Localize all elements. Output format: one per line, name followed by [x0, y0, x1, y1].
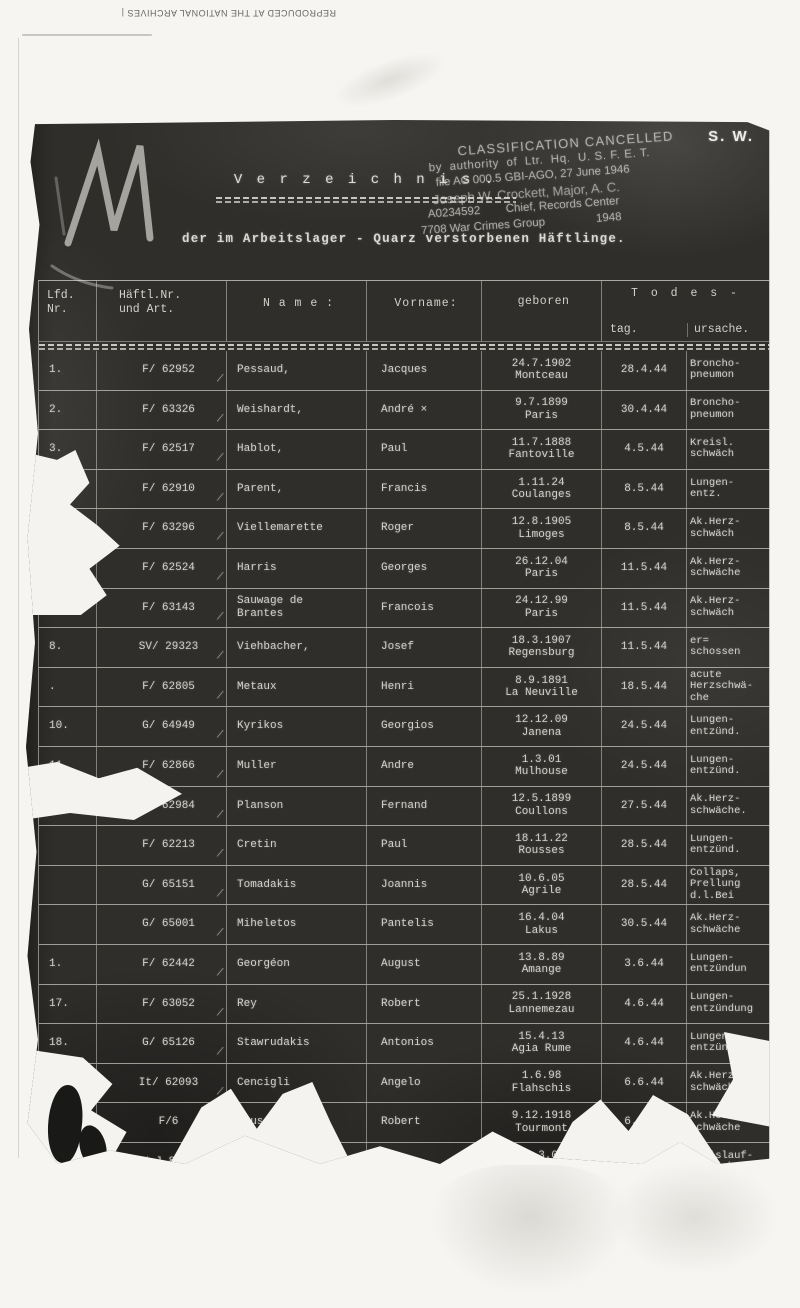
row-geboren-date: 12.8.1905 — [484, 516, 599, 529]
scan-noise — [327, 41, 453, 120]
row-lfd-nr: 1. — [39, 945, 96, 984]
row-todesursache: Broncho- pneumon — [686, 351, 769, 390]
row-todestag: 4.6.44 — [601, 1024, 686, 1063]
table-row: 9. It/ 62093 ⁄ Cencigli Angelo 1.6.98 Fl… — [39, 1063, 770, 1103]
row-vorname: Francis — [366, 470, 481, 509]
row-geboren: 12.12.09 Janena — [481, 707, 601, 746]
row-haeftling-nr-value: F/ 63143 — [142, 602, 195, 615]
header-todes-group: T o d e s - tag. ursache. — [601, 281, 769, 341]
row-todestag: 28.4.44 — [601, 351, 686, 390]
scan-noise — [430, 1165, 630, 1295]
check-mark-icon: ⁄ — [215, 848, 225, 862]
table-header-row: Lfd. Nr. Häftl.Nr. und Art. N a m e : Vo… — [39, 281, 770, 341]
row-geboren-date: 24.7.1902 — [484, 358, 599, 371]
row-haeftling-nr: G/ 65001 ⁄ — [96, 905, 226, 944]
row-todestag: 30.4.44 — [601, 391, 686, 430]
scan-edge-line — [18, 38, 19, 1158]
table-row: 10. G/ 64949 ⁄ Kyrikos Georgios 12.12.09… — [39, 706, 770, 746]
row-geboren: 24.7.1902 Montceau — [481, 351, 601, 390]
row-geboren-place: Regensburg — [484, 647, 599, 660]
row-todesursache: Ak.Herz- schwäche — [686, 549, 769, 588]
row-geboren: 18.11.22 Rousses — [481, 826, 601, 865]
row-name: Pessaud, — [226, 351, 366, 390]
row-geboren-date: 1.3.01 — [484, 754, 599, 767]
classification-cancelled-stamp: CLASSIFICATION CANCELLED by authority of… — [415, 122, 771, 239]
table-row: F/ 62910 ⁄ Parent, Francis 1.11.24 Coula… — [39, 469, 770, 509]
check-mark-icon: ⁄ — [215, 1046, 225, 1060]
row-haeftling-nr-value: G/ 64949 — [142, 720, 195, 733]
row-vorname: Paul — [366, 826, 481, 865]
row-haeftling-nr: F/ 62442 ⁄ — [96, 945, 226, 984]
table-row: 2. F/ 63326 ⁄ Weishardt, André × 9.7.189… — [39, 390, 770, 430]
row-name: Metaux — [226, 668, 366, 707]
row-geboren-date: 1.11.24 — [484, 477, 599, 490]
check-mark-icon: ⁄ — [215, 966, 225, 980]
row-todesursache: Lungen- entzünd. — [686, 826, 769, 865]
row-geboren-place: Coulanges — [484, 489, 599, 502]
table-row: G/ 65001 ⁄ Miheletos Pantelis 16.4.04 La… — [39, 904, 770, 944]
row-geboren-date: 18.3.1907 — [484, 635, 599, 648]
row-todesursache: Kreisl. schwäch — [686, 430, 769, 469]
check-mark-icon: ⁄ — [215, 768, 225, 782]
row-geboren: 10.6.05 Agrile — [481, 866, 601, 905]
row-geboren-date: 16.4.04 — [484, 912, 599, 925]
row-haeftling-nr-value: It/ 62093 — [139, 1077, 198, 1090]
row-haeftling-nr: F/ 63143 ⁄ — [96, 589, 226, 628]
row-todestag: 18.5.44 — [601, 668, 686, 707]
check-mark-icon: ⁄ — [215, 689, 225, 703]
check-mark-icon: ⁄ — [215, 1006, 225, 1020]
row-vorname: Robert — [366, 1103, 481, 1142]
row-geboren-place: Paris — [484, 410, 599, 423]
row-geboren-place: Fantoville — [484, 449, 599, 462]
check-mark-icon: ⁄ — [215, 412, 225, 426]
row-geboren: 1.3.01 Mulhouse — [481, 747, 601, 786]
row-vorname: Andre — [366, 747, 481, 786]
table-row: F/ 63296 ⁄ Viellemarette Roger 12.8.1905… — [39, 508, 770, 548]
row-haeftling-nr: F/ 62952 ⁄ — [96, 351, 226, 390]
row-vorname: André × — [366, 391, 481, 430]
row-name: Harris — [226, 549, 366, 588]
header-geboren: geboren — [481, 281, 601, 341]
row-lfd-nr: 8. — [39, 628, 96, 667]
row-haeftling-nr: F/ 62517 ⁄ — [96, 430, 226, 469]
check-mark-icon: ⁄ — [215, 452, 225, 466]
row-lfd-nr — [39, 826, 96, 865]
check-mark-icon: ⁄ — [215, 650, 225, 664]
row-lfd-nr: 17. — [39, 985, 96, 1024]
row-haeftling-nr-value: G/ 65151 — [142, 879, 195, 892]
row-geboren-date: 9.7.1899 — [484, 397, 599, 410]
header-name: N a m e : — [226, 281, 366, 341]
row-haeftling-nr-value: F/6 — [159, 1116, 179, 1129]
table-row: F/ 62213 ⁄ Cretin Paul 18.11.22 Rousses … — [39, 825, 770, 865]
check-mark-icon: ⁄ — [215, 1164, 225, 1178]
row-haeftling-nr: F/ 63326 ⁄ — [96, 391, 226, 430]
row-name: Sauwage de Brantes — [226, 589, 366, 628]
row-haeftling-nr-value: F/ 62805 — [142, 681, 195, 694]
row-geboren: 26.12.04 Paris — [481, 549, 601, 588]
row-todesursache: Lungen- entzünd. — [686, 747, 769, 786]
row-todestag: 3.6.44 — [601, 945, 686, 984]
header-separator — [39, 341, 770, 351]
row-todesursache: Lungen- entz. — [686, 470, 769, 509]
row-haeftling-nr: SV/ 29323 ⁄ — [96, 628, 226, 667]
row-geboren: 9.7.1899 Paris — [481, 391, 601, 430]
row-name: Georgéon — [226, 945, 366, 984]
table-row: 7. F/ 63143 ⁄ Sauwage de Brantes Francoi… — [39, 588, 770, 628]
row-geboren-place: Coullons — [484, 806, 599, 819]
row-todestag: 8.5.44 — [601, 470, 686, 509]
row-name: Muller — [226, 747, 366, 786]
row-vorname: August — [366, 945, 481, 984]
table-row: 8. SV/ 29323 ⁄ Viehbacher, Josef 18.3.19… — [39, 627, 770, 667]
row-lfd-nr: 2. — [39, 391, 96, 430]
row-todesursache: er= schossen — [686, 628, 769, 667]
row-geboren-place: Lakus — [484, 925, 599, 938]
row-name: Cretin — [226, 826, 366, 865]
row-geboren-date: 12.5.1899 — [484, 793, 599, 806]
row-todesursache: acute Herzschwä- che — [686, 668, 769, 707]
row-vorname: Georgios — [366, 707, 481, 746]
row-name: Weishardt, — [226, 391, 366, 430]
header-todes-sub: tag. ursache. — [602, 323, 769, 337]
row-geboren: 18.3.1907 Regensburg — [481, 628, 601, 667]
row-vorname: Pantelis — [366, 905, 481, 944]
row-geboren-place: Mulhouse — [484, 766, 599, 779]
row-geboren: 1.11.24 Coulanges — [481, 470, 601, 509]
row-geboren-date: 13.8.89 — [484, 952, 599, 965]
row-geboren-date: 24.12.99 — [484, 595, 599, 608]
row-geboren-place: Paris — [484, 568, 599, 581]
row-vorname: Francois — [366, 589, 481, 628]
table-row: 17. F/ 63052 ⁄ Rey Robert 25.1.1928 Lann… — [39, 984, 770, 1024]
row-name: Tomadakis — [226, 866, 366, 905]
row-vorname: Henri — [366, 668, 481, 707]
row-todesursache: Broncho- pneumon — [686, 391, 769, 430]
row-lfd-nr: . — [39, 668, 96, 707]
row-geboren-date: 8.9.1891 — [484, 675, 599, 688]
row-name: Planson — [226, 787, 366, 826]
row-todesursache: Lungen- entzündun — [686, 945, 769, 984]
row-vorname: Joannis — [366, 866, 481, 905]
check-mark-icon: ⁄ — [215, 570, 225, 584]
row-haeftling-nr-value: F/ 62910 — [142, 483, 195, 496]
row-vorname: Robert — [366, 985, 481, 1024]
table-body: 1. F/ 62952 ⁄ Pessaud, Jacques 24.7.1902… — [39, 351, 770, 1181]
row-vorname: Roger — [366, 509, 481, 548]
check-mark-icon: ⁄ — [215, 927, 225, 941]
row-haeftling-nr-value: F/ 62517 — [142, 443, 195, 456]
row-lfd-nr — [39, 866, 96, 905]
header-todesursache: ursache. — [687, 323, 770, 337]
row-lfd-nr — [39, 905, 96, 944]
scanned-page: REPRODUCED AT THE NATIONAL ARCHIVES | S.… — [0, 0, 800, 1308]
row-haeftling-nr: F/ 62910 ⁄ — [96, 470, 226, 509]
row-todestag: 30.5.44 — [601, 905, 686, 944]
row-todestag: 4.6.44 — [601, 985, 686, 1024]
row-geboren: 12.5.1899 Coullons — [481, 787, 601, 826]
row-lfd-nr: 10. — [39, 707, 96, 746]
row-todestag: 6.6.44 — [601, 1064, 686, 1103]
row-haeftling-nr-value: F/ 63326 — [142, 404, 195, 417]
row-todesursache: Collaps, Prellung d.l.Bei — [686, 866, 769, 905]
row-vorname: Angelo — [366, 1064, 481, 1103]
header-todes: T o d e s - — [602, 287, 769, 301]
row-geboren: 11.7.1888 Fantoville — [481, 430, 601, 469]
row-todestag: 27.5.44 — [601, 787, 686, 826]
row-geboren-date: 26.12.04 — [484, 556, 599, 569]
row-geboren: 13.8.89 Amange — [481, 945, 601, 984]
row-geboren: 12.8.1905 Limoges — [481, 509, 601, 548]
check-mark-icon: ⁄ — [215, 887, 225, 901]
row-geboren: 16.4.04 Lakus — [481, 905, 601, 944]
row-haeftling-nr: G/ 65151 ⁄ — [96, 866, 226, 905]
row-geboren-date: 18.11.22 — [484, 833, 599, 846]
header-vorname: Vorname: — [366, 281, 481, 341]
row-vorname: Georges — [366, 549, 481, 588]
check-mark-icon: ⁄ — [215, 491, 225, 505]
row-vorname: Josef — [366, 628, 481, 667]
row-geboren-place: Limoges — [484, 529, 599, 542]
row-haeftling-nr-value: G/ 65126 — [142, 1037, 195, 1050]
row-todestag: 11.5.44 — [601, 589, 686, 628]
header-lfd-nr: Lfd. Nr. — [39, 281, 96, 341]
row-todesursache: Ak.Herz- schwäch — [686, 509, 769, 548]
row-geboren-date: 1.6.98 — [484, 1070, 599, 1083]
document-subtitle: der im Arbeitslager - Quarz verstorbenen… — [182, 232, 626, 246]
header-todestag: tag. — [602, 323, 687, 337]
row-name: Viellemarette — [226, 509, 366, 548]
row-haeftling-nr-value: SV/ 29323 — [139, 641, 198, 654]
row-haeftling-nr-value: F/ 62866 — [142, 760, 195, 773]
scan-noise — [610, 1160, 780, 1275]
row-geboren-place: Agia Rume — [484, 1043, 599, 1056]
row-haeftling-nr: F/ 62213 ⁄ — [96, 826, 226, 865]
row-geboren-place: Lannemezau — [484, 1004, 599, 1017]
row-todesursache: Ak.Herz- schwäch — [686, 589, 769, 628]
row-geboren: 24.12.99 Paris — [481, 589, 601, 628]
row-geboren-date: 12.12.09 — [484, 714, 599, 727]
row-geboren: 25.1.1928 Lannemezau — [481, 985, 601, 1024]
deceased-prisoners-table: Lfd. Nr. Häftl.Nr. und Art. N a m e : Vo… — [38, 280, 770, 1181]
row-todestag: 8.5.44 — [601, 509, 686, 548]
row-geboren-place: Flahschis — [484, 1083, 599, 1096]
check-mark-icon: ⁄ — [215, 372, 225, 386]
row-geboren-date: 11.7.1888 — [484, 437, 599, 450]
row-haeftling-nr: It/ 62093 ⁄ — [96, 1064, 226, 1103]
check-mark-icon: ⁄ — [215, 808, 225, 822]
row-geboren-place: Rousses — [484, 845, 599, 858]
row-lfd-nr: 1. — [39, 351, 96, 390]
row-todesursache: Lungen- entzündung — [686, 985, 769, 1024]
archives-reproduction-note: REPRODUCED AT THE NATIONAL ARCHIVES | — [6, 8, 336, 18]
row-haeftling-nr-value: F/ 63052 — [142, 998, 195, 1011]
row-name: Stawrudakis — [226, 1024, 366, 1063]
check-mark-icon: ⁄ — [215, 729, 225, 743]
check-mark-icon: ⁄ — [215, 610, 225, 624]
row-vorname: Paul — [366, 430, 481, 469]
row-geboren-date: 25.1.1928 — [484, 991, 599, 1004]
row-todestag: 28.5.44 — [601, 826, 686, 865]
row-haeftling-nr-value: G/ 65001 — [142, 918, 195, 931]
row-name: Kyrikos — [226, 707, 366, 746]
row-geboren-place: La Neuville — [484, 687, 599, 700]
row-geboren-place: Amange — [484, 964, 599, 977]
row-haeftling-nr-value: F/ 62442 — [142, 958, 195, 971]
row-haeftling-nr-value: F/ 62213 — [142, 839, 195, 852]
row-haeftling-nr: F/ 62805 ⁄ — [96, 668, 226, 707]
row-haeftling-nr: F/ 62524 ⁄ — [96, 549, 226, 588]
row-name: Viehbacher, — [226, 628, 366, 667]
row-todestag: 24.5.44 — [601, 707, 686, 746]
row-geboren-place: Paris — [484, 608, 599, 621]
row-todestag: 4.5.44 — [601, 430, 686, 469]
row-haeftling-nr: F/ 63052 ⁄ — [96, 985, 226, 1024]
row-geboren: 15.4.13 Agia Rume — [481, 1024, 601, 1063]
row-vorname: Jacques — [366, 351, 481, 390]
row-geboren: 1.6.98 Flahschis — [481, 1064, 601, 1103]
row-todestag: 11.5.44 — [601, 549, 686, 588]
scan-artifact-line — [22, 34, 152, 36]
row-haeftling-nr-value: F/ 62952 — [142, 364, 195, 377]
row-haeftling-nr-value: F/ 62524 — [142, 562, 195, 575]
row-geboren-place: Agrile — [484, 885, 599, 898]
row-todesursache: Ak.Herz- schwäche — [686, 905, 769, 944]
row-todesursache: Ak.Herz- schwäche. — [686, 787, 769, 826]
row-geboren-place: Janena — [484, 727, 599, 740]
photostat-document: S. W. V e r z e i c h n i s . CLASSIFICA… — [20, 120, 770, 1165]
table-row: 18. G/ 65126 ⁄ Stawrudakis Antonios 15.4… — [39, 1023, 770, 1063]
row-geboren-place: Montceau — [484, 370, 599, 383]
table-row: F/ 62524 ⁄ Harris Georges 26.12.04 Paris… — [39, 548, 770, 588]
table-row: G/ 65151 ⁄ Tomadakis Joannis 10.6.05 Agr… — [39, 865, 770, 905]
row-todesursache: Lungen- entzünd. — [686, 707, 769, 746]
row-todestag: 28.5.44 — [601, 866, 686, 905]
table-row: 1. F/ 62442 ⁄ Georgéon August 13.8.89 Am… — [39, 944, 770, 984]
table-row: 1. F/ 62952 ⁄ Pessaud, Jacques 24.7.1902… — [39, 351, 770, 390]
table-row: . F/ 62805 ⁄ Metaux Henri 8.9.1891 La Ne… — [39, 667, 770, 707]
row-name: Parent, — [226, 470, 366, 509]
row-haeftling-nr: G/ 64949 ⁄ — [96, 707, 226, 746]
row-haeftling-nr-value: F/ 63296 — [142, 522, 195, 535]
row-name: Hablot, — [226, 430, 366, 469]
table-row: 3. F/ 62517 ⁄ Hablot, Paul 11.7.1888 Fan… — [39, 429, 770, 469]
row-name: Miheletos — [226, 905, 366, 944]
row-vorname: Fernand — [366, 787, 481, 826]
check-mark-icon: ⁄ — [215, 531, 225, 545]
header-haeftling-nr: Häftl.Nr. und Art. — [96, 281, 226, 341]
row-todestag: 24.5.44 — [601, 747, 686, 786]
row-geboren-date: 10.6.05 — [484, 873, 599, 886]
row-todestag: 11.5.44 — [601, 628, 686, 667]
row-vorname: Antonios — [366, 1024, 481, 1063]
row-haeftling-nr: G/ 65126 ⁄ — [96, 1024, 226, 1063]
row-geboren: 8.9.1891 La Neuville — [481, 668, 601, 707]
row-geboren-date: 15.4.13 — [484, 1031, 599, 1044]
row-name: Rey — [226, 985, 366, 1024]
